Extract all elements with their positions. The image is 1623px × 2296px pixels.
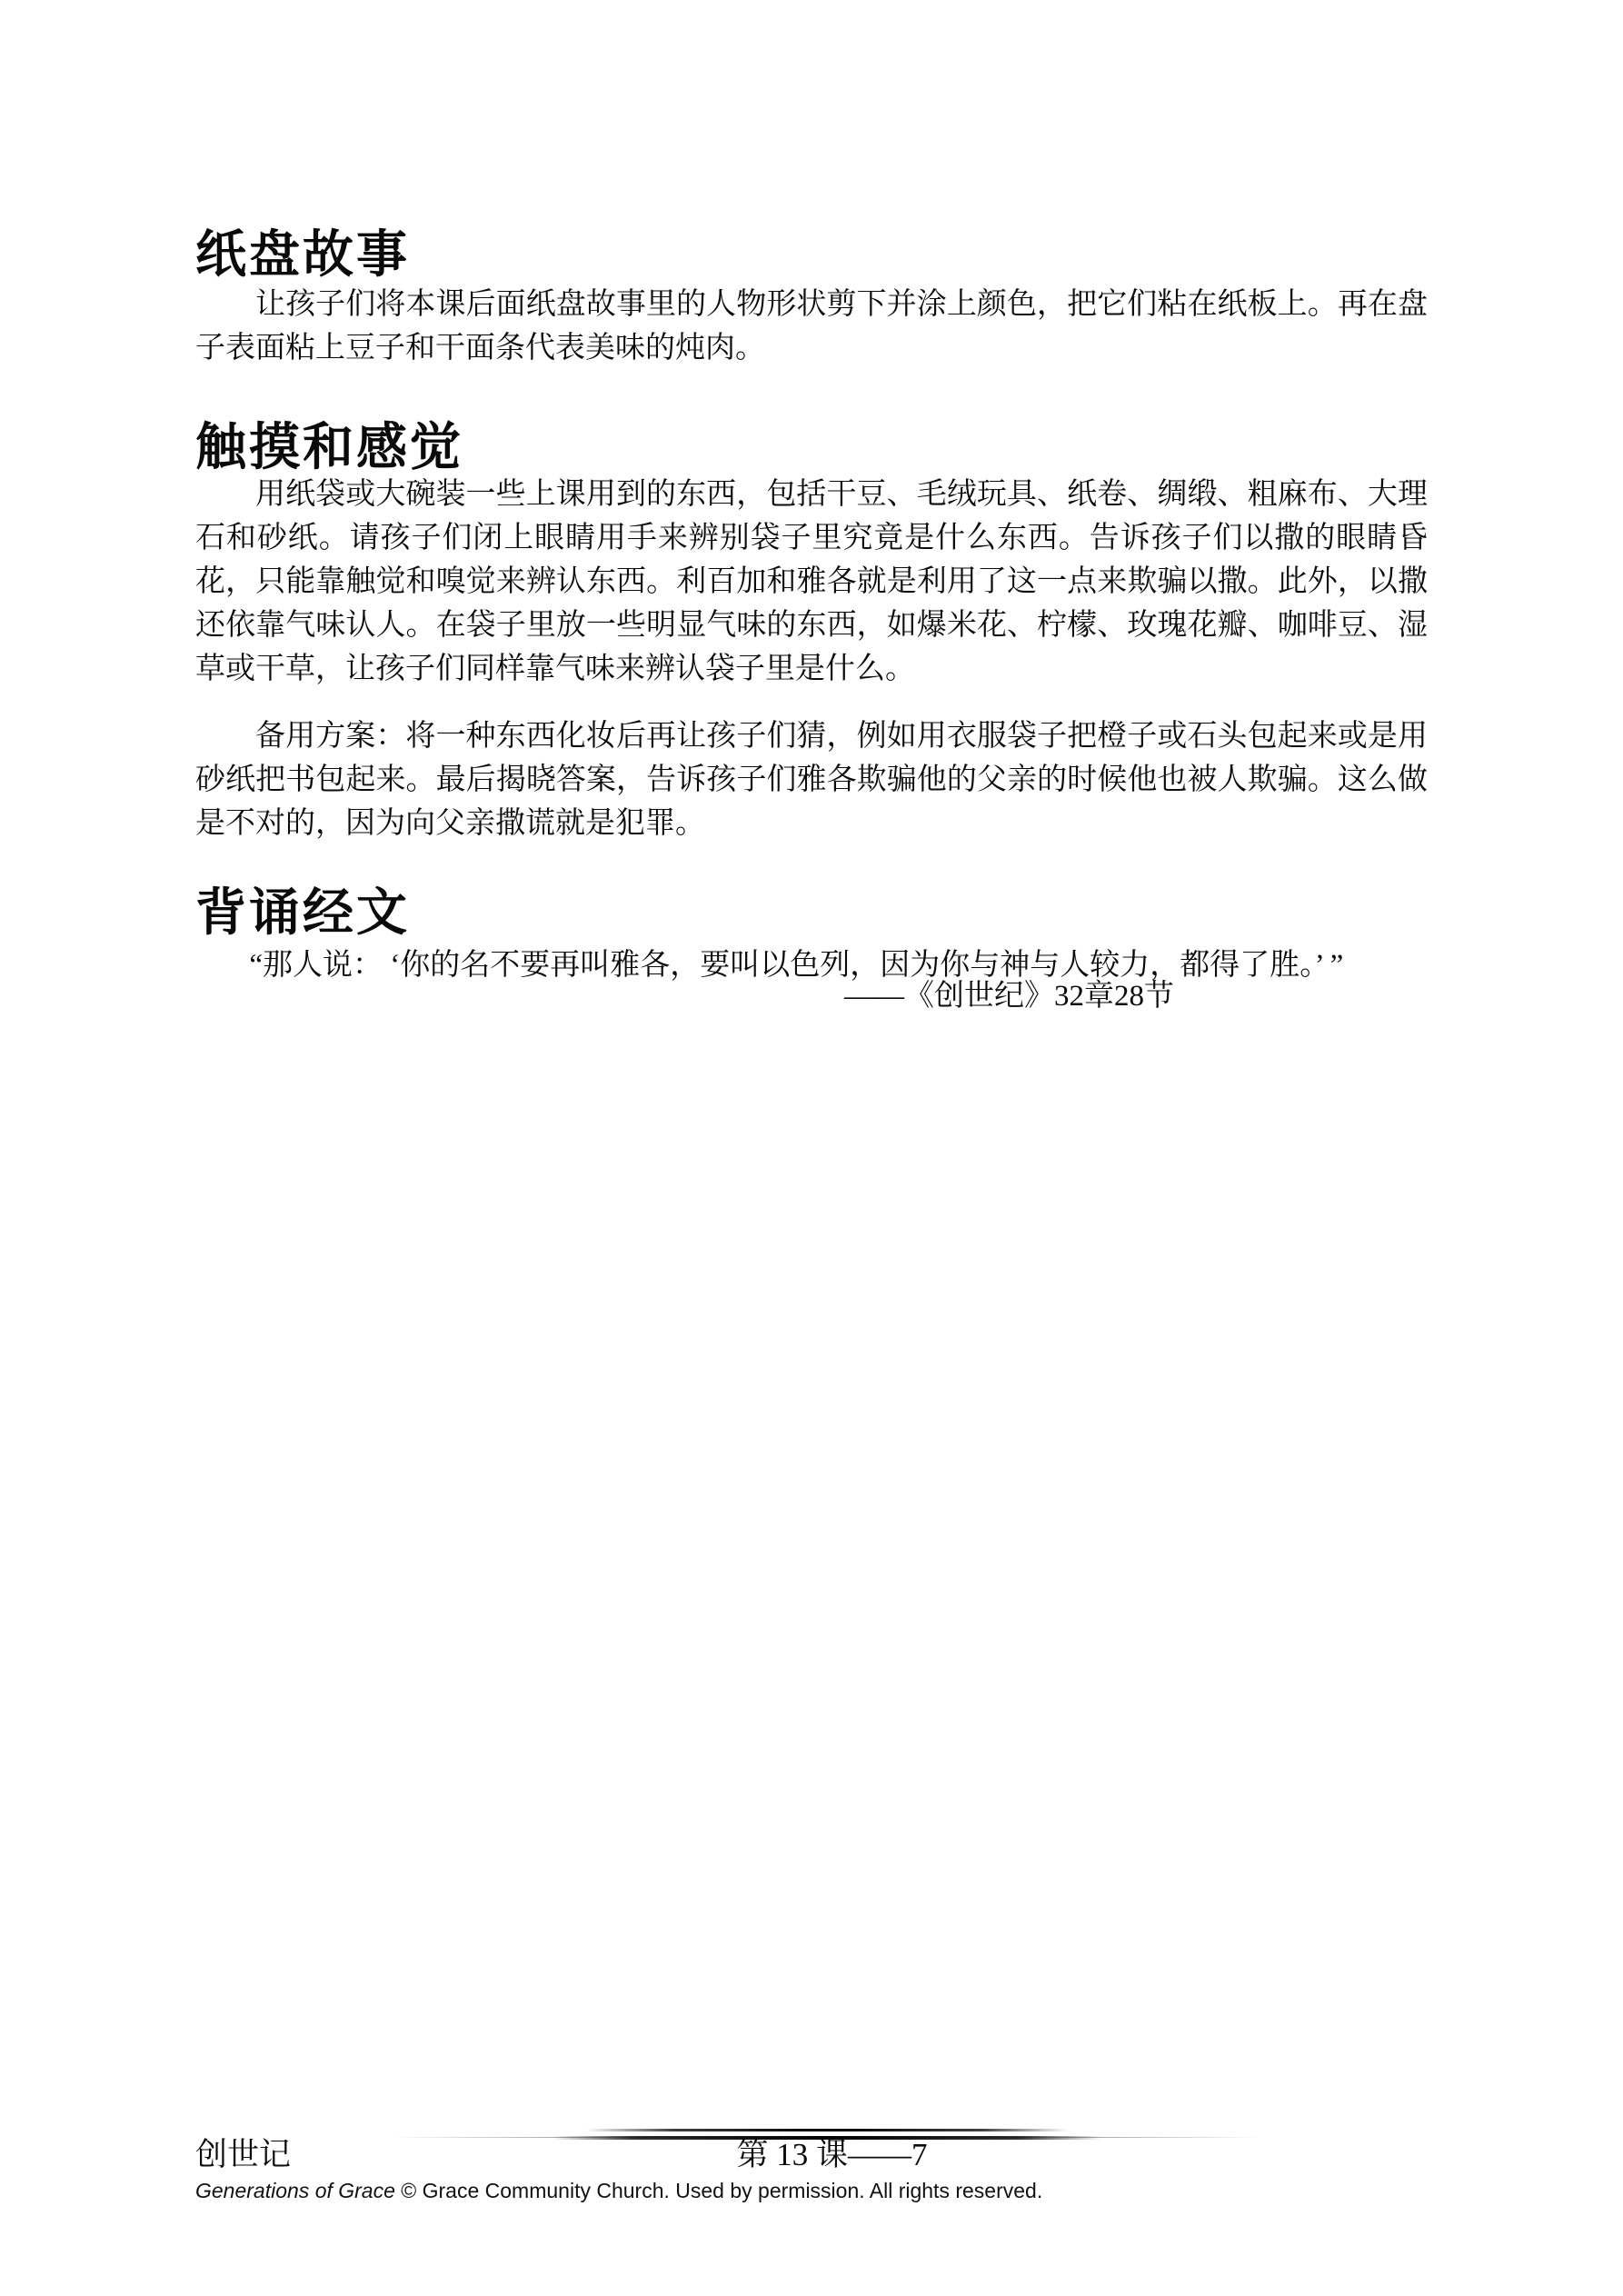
section-heading-touch-and-feel: 触摸和感觉 — [195, 422, 463, 475]
section-heading-memory-verse: 背诵经文 — [195, 887, 410, 941]
footer-page-number: 第 13 课——7 — [0, 2136, 1623, 2174]
paper-plate-story-paragraph: 让孩子们将本课后面纸盘故事里的人物形状剪下并涂上颜色，把它们粘在纸板上。再在盘子… — [195, 283, 1428, 370]
touch-and-feel-paragraph-2: 备用方案：将一种东西化妆后再让孩子们猜，例如用衣服袋子把橙子或石头包起来或是用砂… — [195, 714, 1428, 845]
verse-citation: ——《创世纪》32章28节 — [844, 974, 1174, 1018]
touch-and-feel-paragraph-1: 用纸袋或大碗装一些上课用到的东西，包括干豆、毛绒玩具、纸卷、绸缎、粗麻布、大理石… — [195, 473, 1428, 691]
footer-copyright-series-title: Generations of Grace — [195, 2179, 395, 2202]
section-heading-paper-plate-story: 纸盘故事 — [195, 229, 410, 283]
footer-copyright-text: © Grace Community Church. Used by permis… — [395, 2179, 1042, 2202]
footer-divider-top — [586, 2129, 1068, 2131]
document-page: 纸盘故事 让孩子们将本课后面纸盘故事里的人物形状剪下并涂上颜色，把它们粘在纸板上… — [0, 0, 1623, 2296]
memory-verse-text: “那人说： ‘你的名不要再叫雅各，要叫以色列，因为你与神与人较力，都得了胜。’ … — [195, 943, 1428, 987]
footer-copyright: Generations of Grace © Grace Community C… — [195, 2178, 1042, 2203]
